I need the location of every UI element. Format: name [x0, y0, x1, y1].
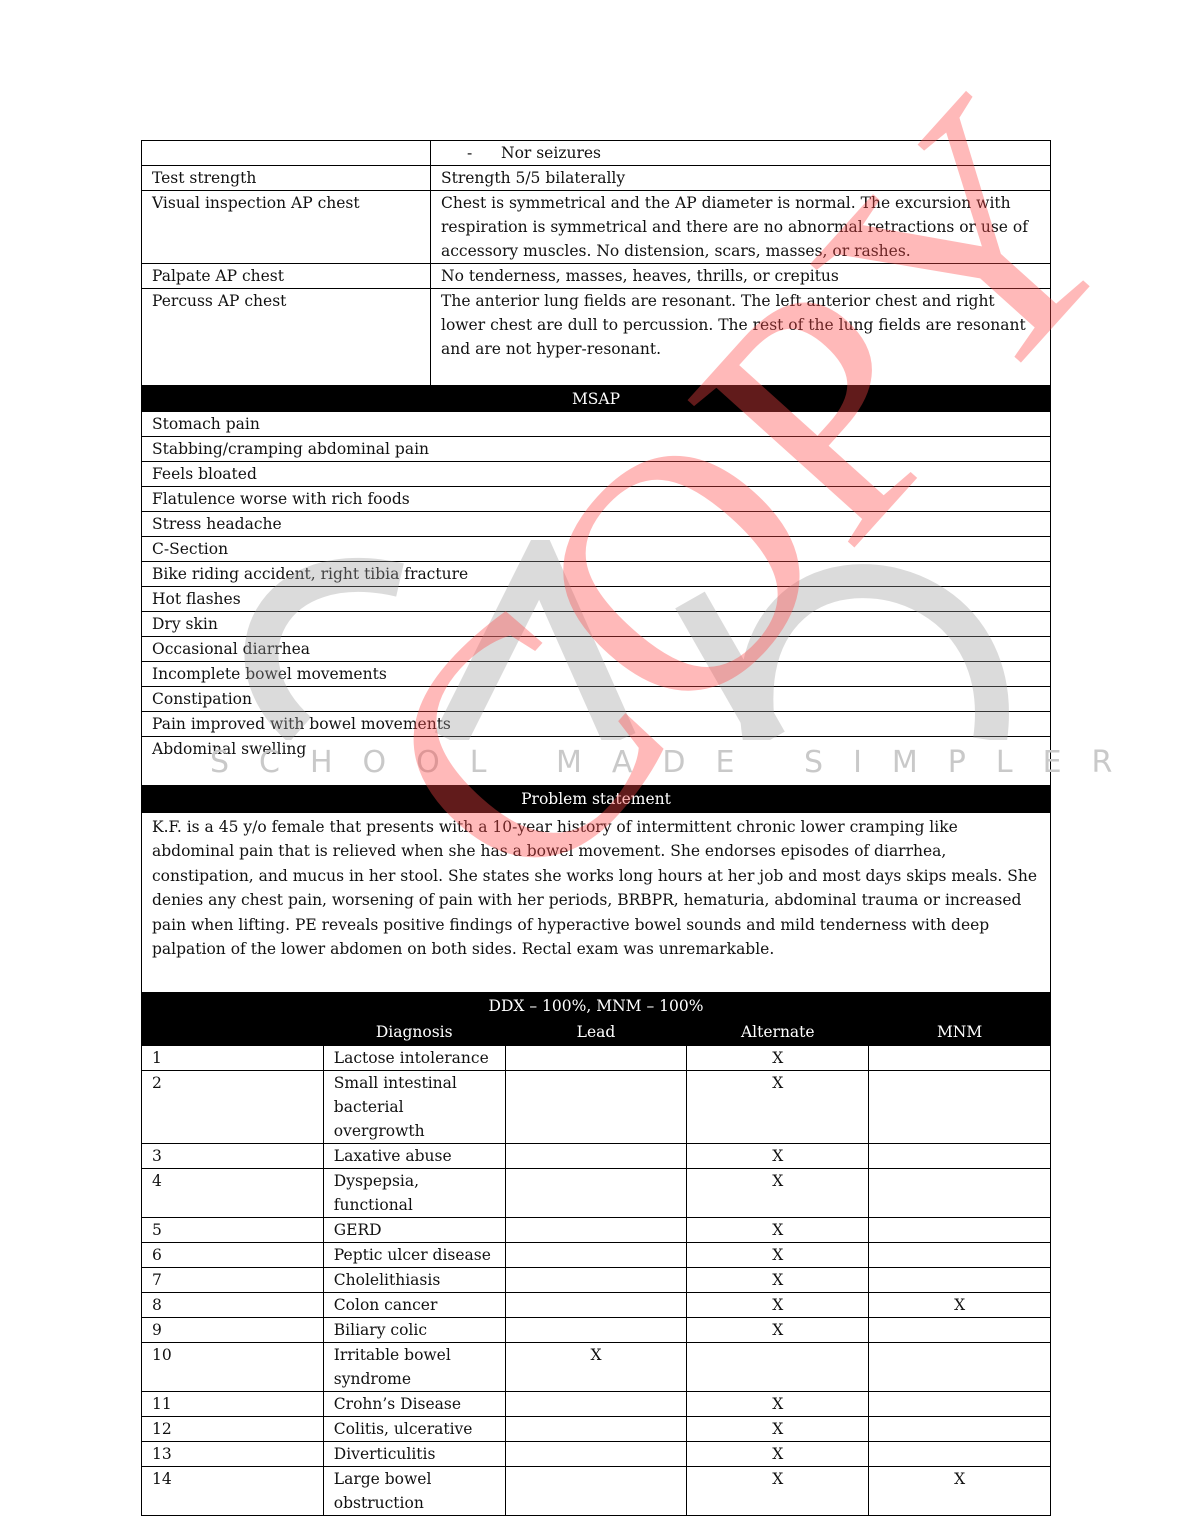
ddx-title: DDX – 100%, MNM – 100%: [142, 993, 1051, 1019]
exam-value: -Nor seizures: [431, 141, 1051, 166]
physical-exam-table: -Nor seizures Test strength Strength 5/5…: [141, 140, 1051, 386]
ddx-mnm-mark: [869, 1217, 1051, 1242]
msap-item: Hot flashes: [142, 587, 1051, 612]
exam-value-text: Nor seizures: [501, 144, 601, 162]
ddx-lead-mark: [505, 1416, 687, 1441]
ddx-alternate-mark: X: [687, 1466, 869, 1515]
ddx-lead-mark: [505, 1292, 687, 1317]
msap-table: MSAP Stomach painStabbing/cramping abdom…: [141, 386, 1051, 786]
ddx-number: 13: [142, 1441, 324, 1466]
ddx-diagnosis: Colon cancer: [323, 1292, 505, 1317]
ddx-number: 12: [142, 1416, 324, 1441]
dash-bullet: -: [467, 141, 501, 165]
ddx-mnm-mark: [869, 1342, 1051, 1391]
msap-item: C-Section: [142, 537, 1051, 562]
msap-header: MSAP: [142, 387, 1051, 412]
msap-item: Occasional diarrhea: [142, 637, 1051, 662]
exam-value: The anterior lung fields are resonant. T…: [431, 289, 1051, 386]
document-page: -Nor seizures Test strength Strength 5/5…: [141, 140, 1051, 1516]
col-lead: Lead: [505, 1019, 687, 1045]
msap-item: Flatulence worse with rich foods: [142, 487, 1051, 512]
ddx-alternate-mark: X: [687, 1217, 869, 1242]
msap-item: Bike riding accident, right tibia fractu…: [142, 562, 1051, 587]
msap-item-text: Feels bloated: [142, 462, 1051, 487]
ddx-mnm-mark: [869, 1168, 1051, 1217]
ddx-row: 2Small intestinal bacterial overgrowthX: [142, 1070, 1051, 1143]
ddx-diagnosis: Large bowel obstruction: [323, 1466, 505, 1515]
msap-item-text: Constipation: [142, 687, 1051, 712]
ddx-diagnosis: Small intestinal bacterial overgrowth: [323, 1070, 505, 1143]
ddx-lead-mark: [505, 1466, 687, 1515]
ddx-number: 2: [142, 1070, 324, 1143]
ddx-number: 7: [142, 1267, 324, 1292]
ddx-number: 11: [142, 1391, 324, 1416]
msap-item-text: Bike riding accident, right tibia fractu…: [142, 562, 1051, 587]
exam-row: Test strength Strength 5/5 bilaterally: [142, 166, 1051, 191]
ddx-lead-mark: [505, 1441, 687, 1466]
ddx-lead-mark: [505, 1242, 687, 1267]
ddx-alternate-mark: X: [687, 1317, 869, 1342]
ddx-diagnosis: Diverticulitis: [323, 1441, 505, 1466]
exam-row: Palpate AP chest No tenderness, masses, …: [142, 264, 1051, 289]
exam-row: Percuss AP chest The anterior lung field…: [142, 289, 1051, 386]
ddx-diagnosis: GERD: [323, 1217, 505, 1242]
ddx-lead-mark: [505, 1217, 687, 1242]
ddx-alternate-mark: X: [687, 1391, 869, 1416]
ddx-diagnosis: Crohn’s Disease: [323, 1391, 505, 1416]
ddx-lead-mark: [505, 1391, 687, 1416]
ddx-alternate-mark: X: [687, 1441, 869, 1466]
ddx-alternate-mark: X: [687, 1070, 869, 1143]
msap-item-text: Occasional diarrhea: [142, 637, 1051, 662]
ddx-lead-mark: [505, 1143, 687, 1168]
ddx-diagnosis: Lactose intolerance: [323, 1045, 505, 1070]
ddx-mnm-mark: [869, 1441, 1051, 1466]
ddx-row: 14Large bowel obstructionXX: [142, 1466, 1051, 1515]
ddx-row: 12Colitis, ulcerativeX: [142, 1416, 1051, 1441]
msap-item: Dry skin: [142, 612, 1051, 637]
exam-label: Visual inspection AP chest: [142, 191, 431, 264]
msap-item: Feels bloated: [142, 462, 1051, 487]
msap-item-text: Flatulence worse with rich foods: [142, 487, 1051, 512]
ddx-mnm-mark: [869, 1242, 1051, 1267]
ddx-number: 8: [142, 1292, 324, 1317]
ddx-row: 10Irritable bowel syndromeX: [142, 1342, 1051, 1391]
ddx-row: 1Lactose intoleranceX: [142, 1045, 1051, 1070]
msap-item: Pain improved with bowel movements: [142, 712, 1051, 737]
ddx-lead-mark: [505, 1168, 687, 1217]
ddx-row: 4Dyspepsia, functionalX: [142, 1168, 1051, 1217]
ddx-row: 7CholelithiasisX: [142, 1267, 1051, 1292]
ddx-alternate-mark: X: [687, 1416, 869, 1441]
ddx-diagnosis: Peptic ulcer disease: [323, 1242, 505, 1267]
msap-item-text: Stress headache: [142, 512, 1051, 537]
exam-value: No tenderness, masses, heaves, thrills, …: [431, 264, 1051, 289]
ddx-lead-mark: [505, 1045, 687, 1070]
ddx-alternate-mark: X: [687, 1242, 869, 1267]
exam-row: Visual inspection AP chest Chest is symm…: [142, 191, 1051, 264]
msap-item-text: Stomach pain: [142, 412, 1051, 437]
ddx-row: 9Biliary colicX: [142, 1317, 1051, 1342]
ddx-alternate-mark: X: [687, 1143, 869, 1168]
exam-row: -Nor seizures: [142, 141, 1051, 166]
ddx-alternate-mark: X: [687, 1045, 869, 1070]
ddx-mnm-mark: [869, 1267, 1051, 1292]
exam-value: Chest is symmetrical and the AP diameter…: [431, 191, 1051, 264]
ddx-alternate-mark: X: [687, 1267, 869, 1292]
exam-label: Percuss AP chest: [142, 289, 431, 386]
msap-item-text: Hot flashes: [142, 587, 1051, 612]
ddx-mnm-mark: [869, 1045, 1051, 1070]
ddx-number: 9: [142, 1317, 324, 1342]
ddx-diagnosis: Colitis, ulcerative: [323, 1416, 505, 1441]
ddx-alternate-mark: X: [687, 1168, 869, 1217]
exam-label: Palpate AP chest: [142, 264, 431, 289]
ddx-lead-mark: X: [505, 1342, 687, 1391]
ddx-row: 13DiverticulitisX: [142, 1441, 1051, 1466]
ddx-alternate-mark: [687, 1342, 869, 1391]
ddx-row: 6Peptic ulcer diseaseX: [142, 1242, 1051, 1267]
msap-item: Stabbing/cramping abdominal pain: [142, 437, 1051, 462]
ddx-mnm-mark: [869, 1317, 1051, 1342]
ddx-row: 3Laxative abuseX: [142, 1143, 1051, 1168]
ddx-number: 3: [142, 1143, 324, 1168]
ddx-number: 6: [142, 1242, 324, 1267]
ddx-lead-mark: [505, 1267, 687, 1292]
col-number: [142, 1019, 324, 1045]
problem-statement-header: Problem statement: [142, 787, 1051, 813]
col-diagnosis: Diagnosis: [323, 1019, 505, 1045]
msap-item-text: Dry skin: [142, 612, 1051, 637]
col-mnm: MNM: [869, 1019, 1051, 1045]
ddx-mnm-mark: [869, 1143, 1051, 1168]
ddx-mnm-mark: [869, 1070, 1051, 1143]
ddx-lead-mark: [505, 1317, 687, 1342]
ddx-mnm-mark: [869, 1391, 1051, 1416]
msap-item-text: Stabbing/cramping abdominal pain: [142, 437, 1051, 462]
ddx-row: 11Crohn’s DiseaseX: [142, 1391, 1051, 1416]
msap-item: Abdominal swelling: [142, 737, 1051, 786]
ddx-mnm-mark: [869, 1416, 1051, 1441]
msap-item-text: Abdominal swelling: [142, 737, 1051, 786]
ddx-number: 1: [142, 1045, 324, 1070]
msap-item-text: Pain improved with bowel movements: [142, 712, 1051, 737]
msap-item: Stomach pain: [142, 412, 1051, 437]
ddx-diagnosis: Irritable bowel syndrome: [323, 1342, 505, 1391]
problem-statement-table: Problem statement K.F. is a 45 y/o femal…: [141, 786, 1051, 993]
msap-item: Incomplete bowel movements: [142, 662, 1051, 687]
ddx-number: 5: [142, 1217, 324, 1242]
msap-item-text: C-Section: [142, 537, 1051, 562]
ddx-alternate-mark: X: [687, 1292, 869, 1317]
ddx-table: DDX – 100%, MNM – 100% Diagnosis Lead Al…: [141, 993, 1051, 1516]
ddx-mnm-mark: X: [869, 1466, 1051, 1515]
exam-value: Strength 5/5 bilaterally: [431, 166, 1051, 191]
ddx-number: 10: [142, 1342, 324, 1391]
ddx-diagnosis: Dyspepsia, functional: [323, 1168, 505, 1217]
exam-label: [142, 141, 431, 166]
ddx-row: 8Colon cancerXX: [142, 1292, 1051, 1317]
col-alternate: Alternate: [687, 1019, 869, 1045]
ddx-row: 5GERDX: [142, 1217, 1051, 1242]
exam-label: Test strength: [142, 166, 431, 191]
ddx-lead-mark: [505, 1070, 687, 1143]
ddx-diagnosis: Biliary colic: [323, 1317, 505, 1342]
msap-item: Stress headache: [142, 512, 1051, 537]
ddx-mnm-mark: X: [869, 1292, 1051, 1317]
msap-item: Constipation: [142, 687, 1051, 712]
ddx-diagnosis: Laxative abuse: [323, 1143, 505, 1168]
ddx-diagnosis: Cholelithiasis: [323, 1267, 505, 1292]
problem-statement-text: K.F. is a 45 y/o female that presents wi…: [142, 812, 1051, 992]
ddx-number: 4: [142, 1168, 324, 1217]
msap-item-text: Incomplete bowel movements: [142, 662, 1051, 687]
ddx-number: 14: [142, 1466, 324, 1515]
